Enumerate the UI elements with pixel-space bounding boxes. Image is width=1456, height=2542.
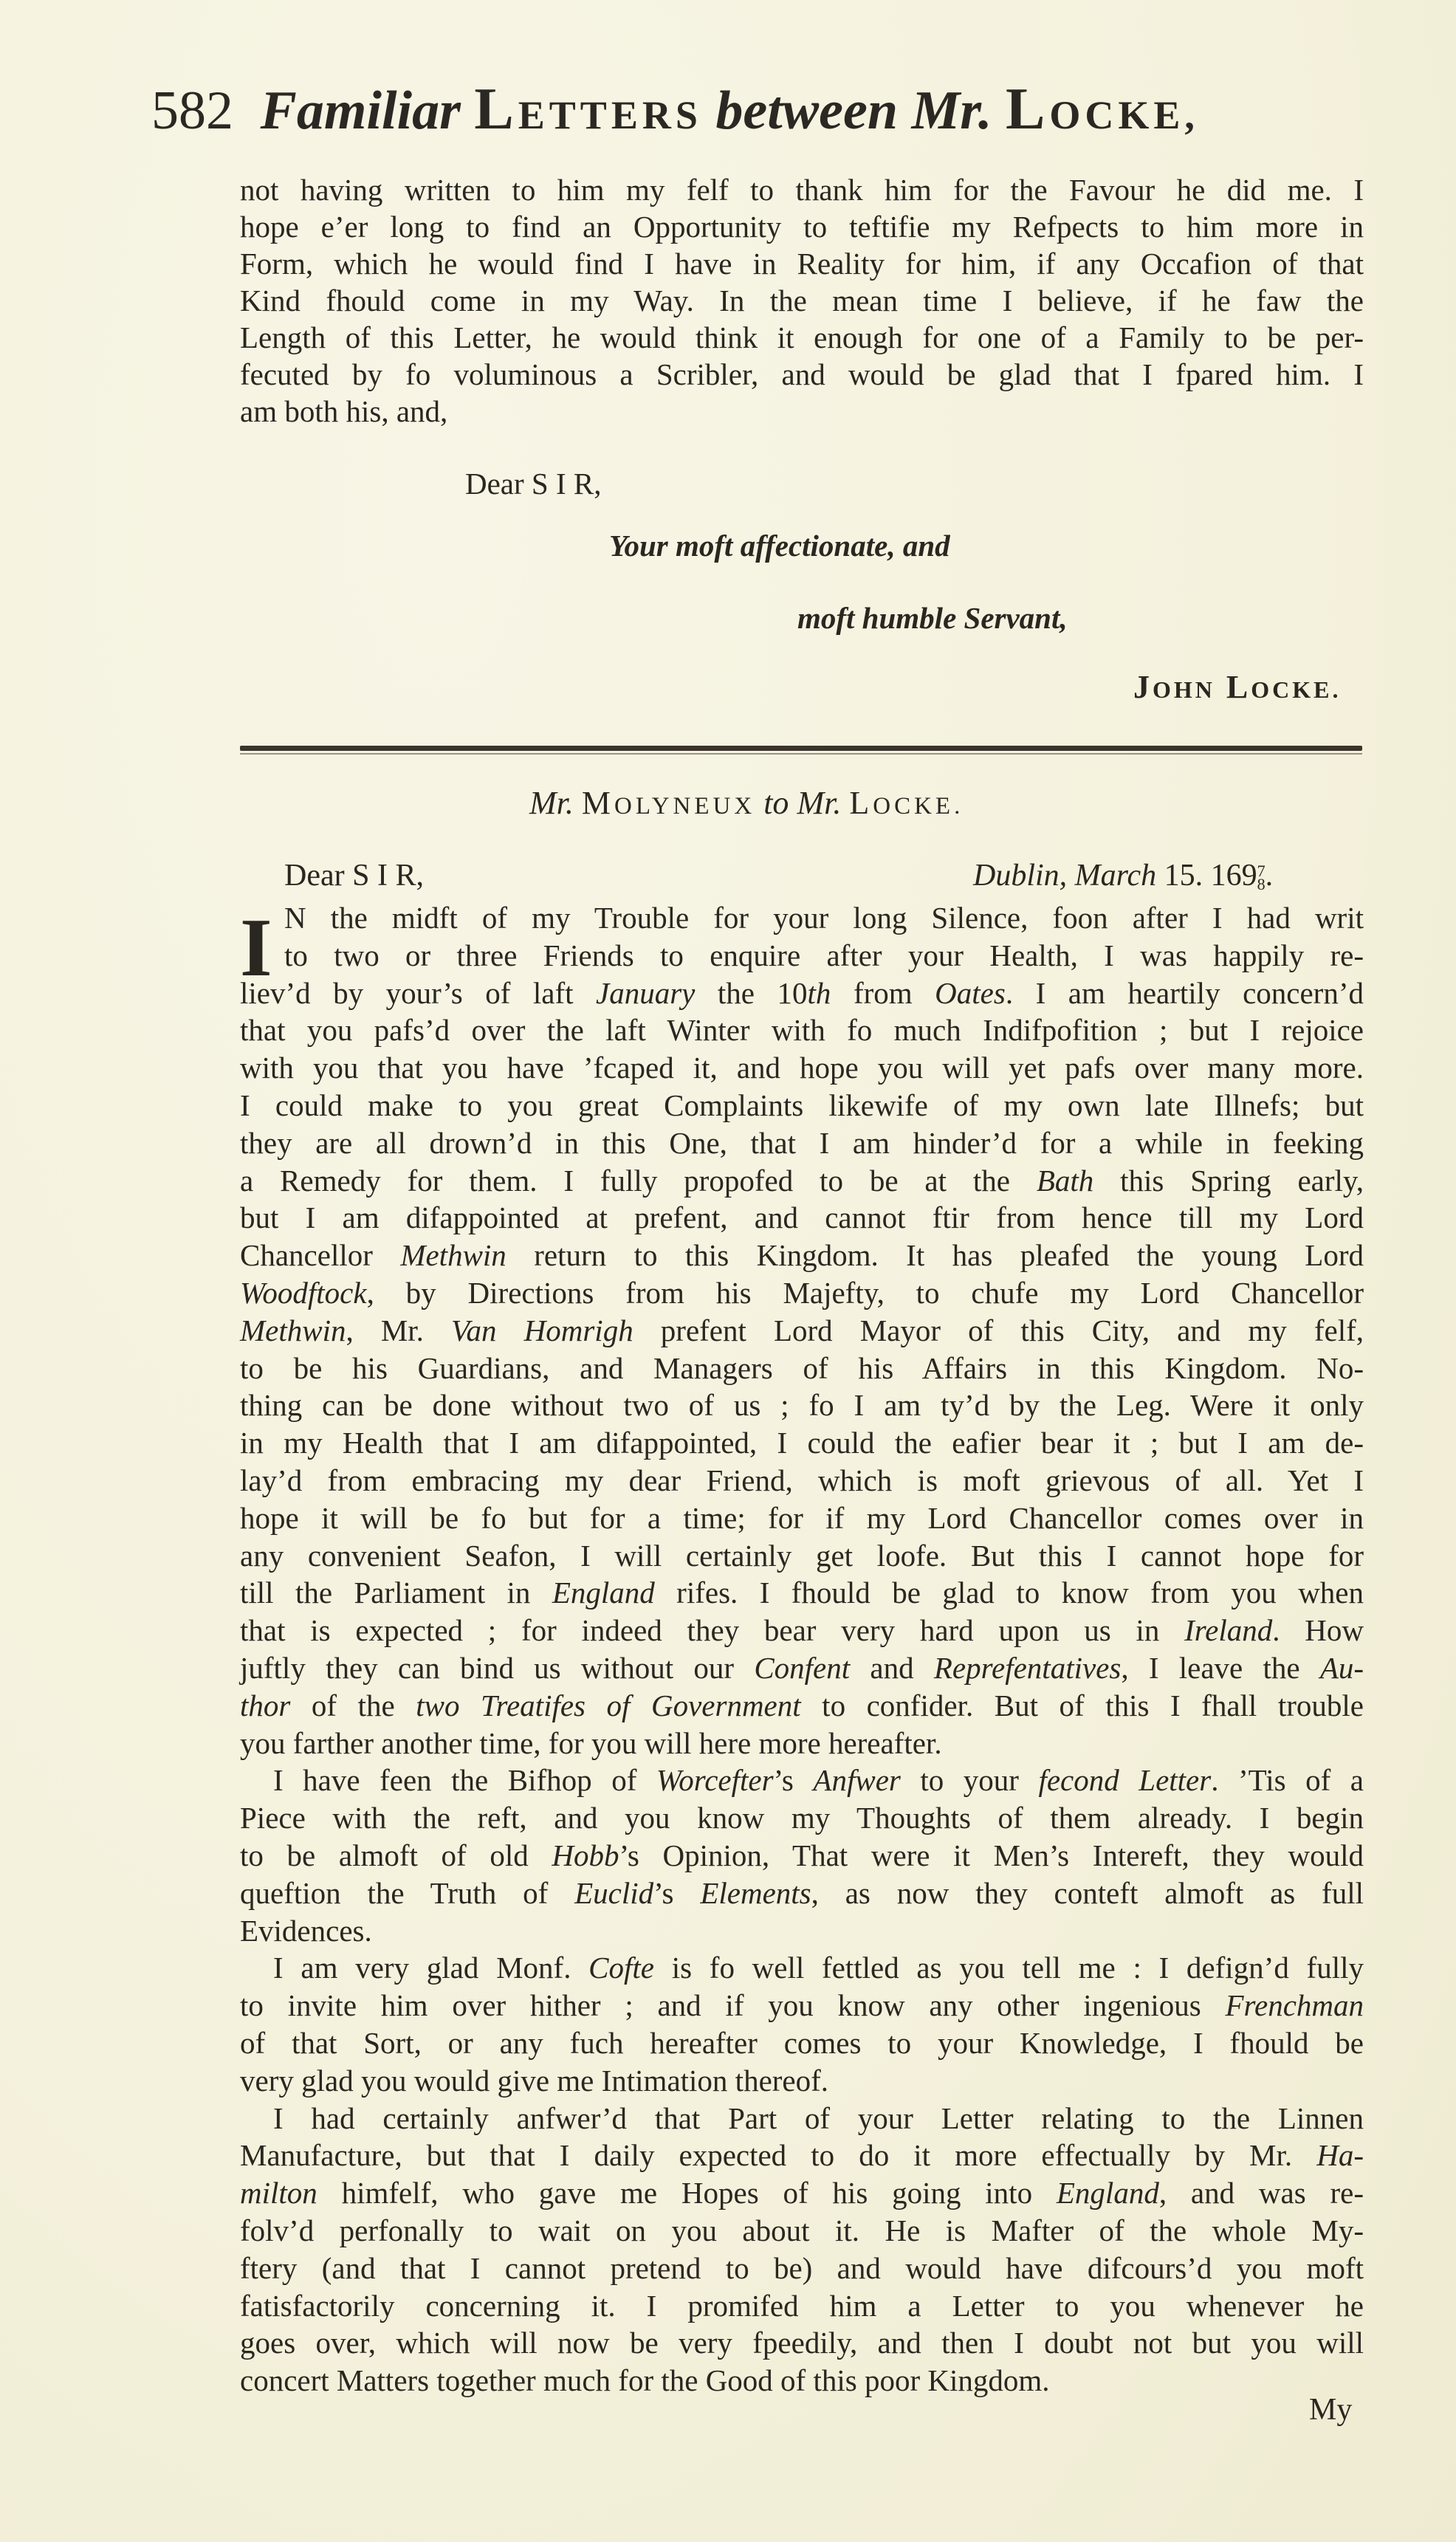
signature-john-locke: JOHN LOCKE. [1133, 668, 1341, 706]
text-line: till the Parliament in England rifes. I … [240, 1574, 1364, 1611]
running-header: 582 Familiar LETTERS between Mr. LOCKE, [151, 80, 1199, 139]
text-line: in my Health that I am difappointed, I c… [240, 1424, 1364, 1461]
text-line: Chancellor Methwin return to this Kingdo… [240, 1237, 1364, 1274]
section-rule [240, 746, 1362, 751]
closing-servant: moft humble Servant, [797, 600, 1068, 636]
text-line: I could make to you great Complaints lik… [240, 1087, 1364, 1124]
letter1-salutation: Dear S I R, [465, 465, 601, 502]
text-line: liev’d by your’s of laft January the 10t… [240, 975, 1364, 1011]
text-line: they are all drown’d in this One, that I… [240, 1124, 1364, 1161]
text-line: goes over, which will now be very fpeedi… [240, 2324, 1364, 2361]
text-line: ftery (and that I cannot pretend to be) … [240, 2250, 1364, 2287]
text-line: hope e’er long to find an Opportunity to… [240, 208, 1364, 245]
text-line: Form, which he would find I have in Real… [240, 245, 1364, 282]
text-line: fatisfactorily concerning it. I promifed… [240, 2287, 1364, 2324]
closing-affectionate: Your moft affectionate, and [609, 527, 950, 564]
text-line: folv’d perfonally to wait on you about i… [240, 2212, 1364, 2249]
book-page: 582 Familiar LETTERS between Mr. LOCKE, … [0, 0, 1456, 2542]
text-line: lay’d from embracing my dear Friend, whi… [240, 1462, 1364, 1499]
text-line: Evidences. [240, 1912, 1364, 1949]
text-line: concert Matters together much for the Go… [240, 2362, 1364, 2399]
text-line: thor of the two Treatifes of Government … [240, 1687, 1364, 1724]
text-line: I have feen the Bifhop of Worcefter’s An… [273, 1762, 1364, 1799]
catchword: My [1309, 2392, 1352, 2428]
year-fraction: 78 [1257, 865, 1266, 891]
text-line: Woodftock, by Directions from his Majeft… [240, 1274, 1364, 1311]
text-line: that you pafs’d over the laft Winter wit… [240, 1011, 1364, 1048]
text-line: Piece with the reft, and you know my Tho… [240, 1799, 1364, 1836]
text-line: but I am difappointed at prefent, and ca… [240, 1199, 1364, 1236]
text-line: any convenient Seafon, I will certainly … [240, 1537, 1364, 1574]
text-line: hope it will be fo but for a time; for i… [240, 1500, 1364, 1536]
text-line: very glad you would give me Intimation t… [240, 2062, 1364, 2099]
text-line: I am very glad Monf. Cofte is fo well fe… [273, 1949, 1364, 1986]
text-line: Methwin, Mr. Van Homrigh prefent Lord Ma… [240, 1312, 1364, 1349]
letter2-dateline: Dublin, March 15. 16978. [973, 858, 1273, 893]
page-number: 582 [151, 80, 233, 141]
letter2-salutation: Dear S I R, [284, 858, 424, 893]
text-line: milton himfelf, who gave me Hopes of his… [240, 2174, 1364, 2211]
text-line: a Remedy for them. I fully propofed to b… [240, 1162, 1364, 1199]
text-line: Kind fhould come in my Way. In the mean … [240, 282, 1364, 319]
text-line: Length of this Letter, he would think it… [240, 319, 1364, 356]
text-line: fecuted by fo voluminous a Scribler, and… [240, 356, 1364, 393]
text-line: you farther another time, for you will h… [240, 1725, 1364, 1762]
text-line: of that Sort, or any fuch hereafter come… [240, 2024, 1364, 2061]
text-line: that is expected ; for indeed they bear … [240, 1612, 1364, 1649]
text-line: to be his Guardians, and Managers of his… [240, 1350, 1364, 1387]
text-line: to be almoft of old Hobb’s Opinion, That… [240, 1837, 1364, 1874]
text-line: queftion the Truth of Euclid’s Elements,… [240, 1875, 1364, 1911]
text-line: am both his, and, [240, 393, 1364, 430]
text-line: to invite him over hither ; and if you k… [240, 1987, 1364, 2024]
text-line: juftly they can bind us without our Conf… [240, 1649, 1364, 1686]
text-line: not having written to him my felf to tha… [240, 171, 1364, 208]
header-letters: LETTERS [474, 80, 701, 141]
text-line: thing can be done without two of us ; fo… [240, 1387, 1364, 1423]
text-line: I had certainly anfwer’d that Part of yo… [273, 2100, 1364, 2137]
letter2-heading: Mr. MOLYNEUX to Mr. LOCKE. [529, 784, 964, 822]
header-locke: LOCKE, [1006, 80, 1199, 141]
section-rule-thin [240, 753, 1362, 755]
header-italic-familiar: Familiar [261, 80, 461, 141]
text-line: to two or three Friends to enquire after… [284, 937, 1364, 974]
text-line: with you that you have ’fcaped it, and h… [240, 1049, 1364, 1086]
header-italic-between: between Mr. [715, 80, 992, 141]
text-line: Manufacture, but that I daily expected t… [240, 2137, 1364, 2174]
text-line: N the midft of my Trouble for your long … [284, 899, 1364, 936]
